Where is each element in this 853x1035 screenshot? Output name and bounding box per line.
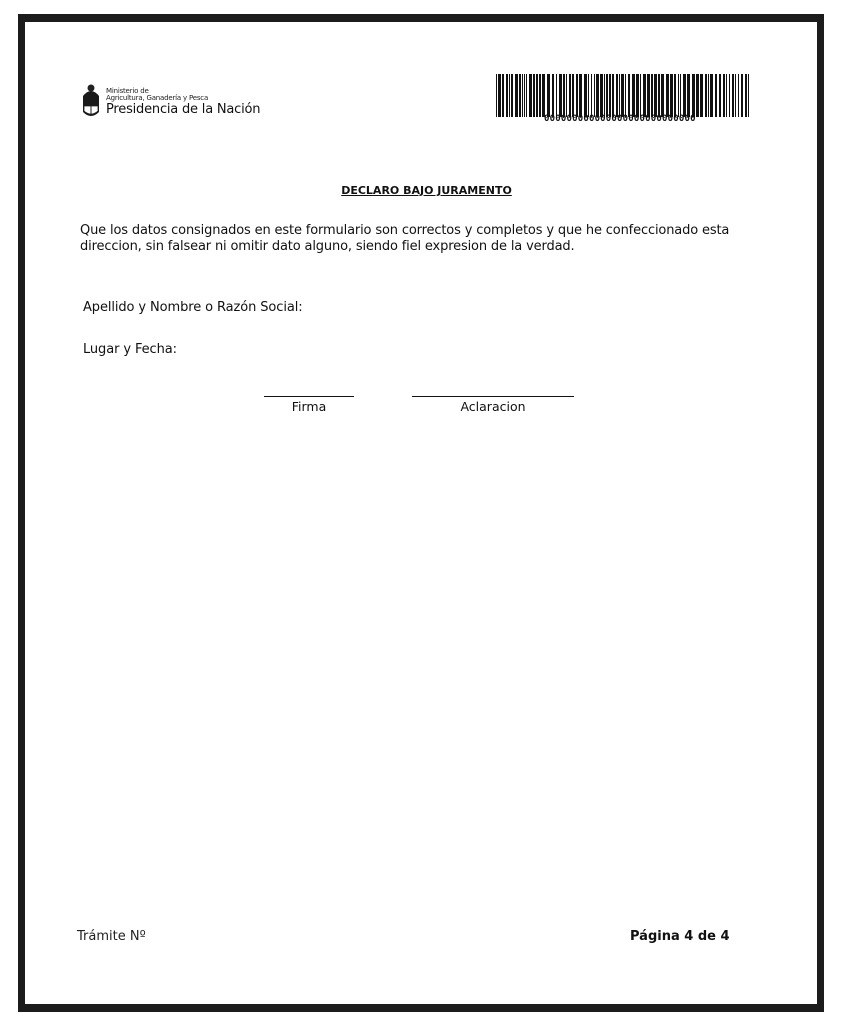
clarification-block: Aclaracion bbox=[412, 396, 574, 414]
declaration-text: Que los datos consignados en este formul… bbox=[80, 223, 760, 255]
document-title: DECLARO BAJO JURAMENTO bbox=[0, 184, 853, 197]
clarification-line bbox=[412, 396, 574, 397]
ministry-line2: Agricultura, Ganadería y Pesca bbox=[106, 95, 260, 102]
field-name-label: Apellido y Nombre o Razón Social: bbox=[83, 300, 303, 315]
page-number: Página 4 de 4 bbox=[630, 929, 730, 944]
presidency-name: Presidencia de la Nación bbox=[106, 103, 260, 116]
signature-block: Firma bbox=[264, 396, 354, 414]
signature-line bbox=[264, 396, 354, 397]
barcode-digits: 000000000000000000000000000 bbox=[544, 114, 696, 124]
ministry-logo: Ministerio de Agricultura, Ganadería y P… bbox=[80, 82, 260, 122]
argentina-coat-of-arms-icon bbox=[80, 82, 102, 122]
signature-label: Firma bbox=[264, 399, 354, 414]
page-border bbox=[18, 14, 824, 1012]
field-place-date-label: Lugar y Fecha: bbox=[83, 342, 177, 357]
tramite-number-label: Trámite Nº bbox=[77, 929, 146, 944]
barcode-icon bbox=[496, 74, 752, 117]
clarification-label: Aclaracion bbox=[412, 399, 574, 414]
